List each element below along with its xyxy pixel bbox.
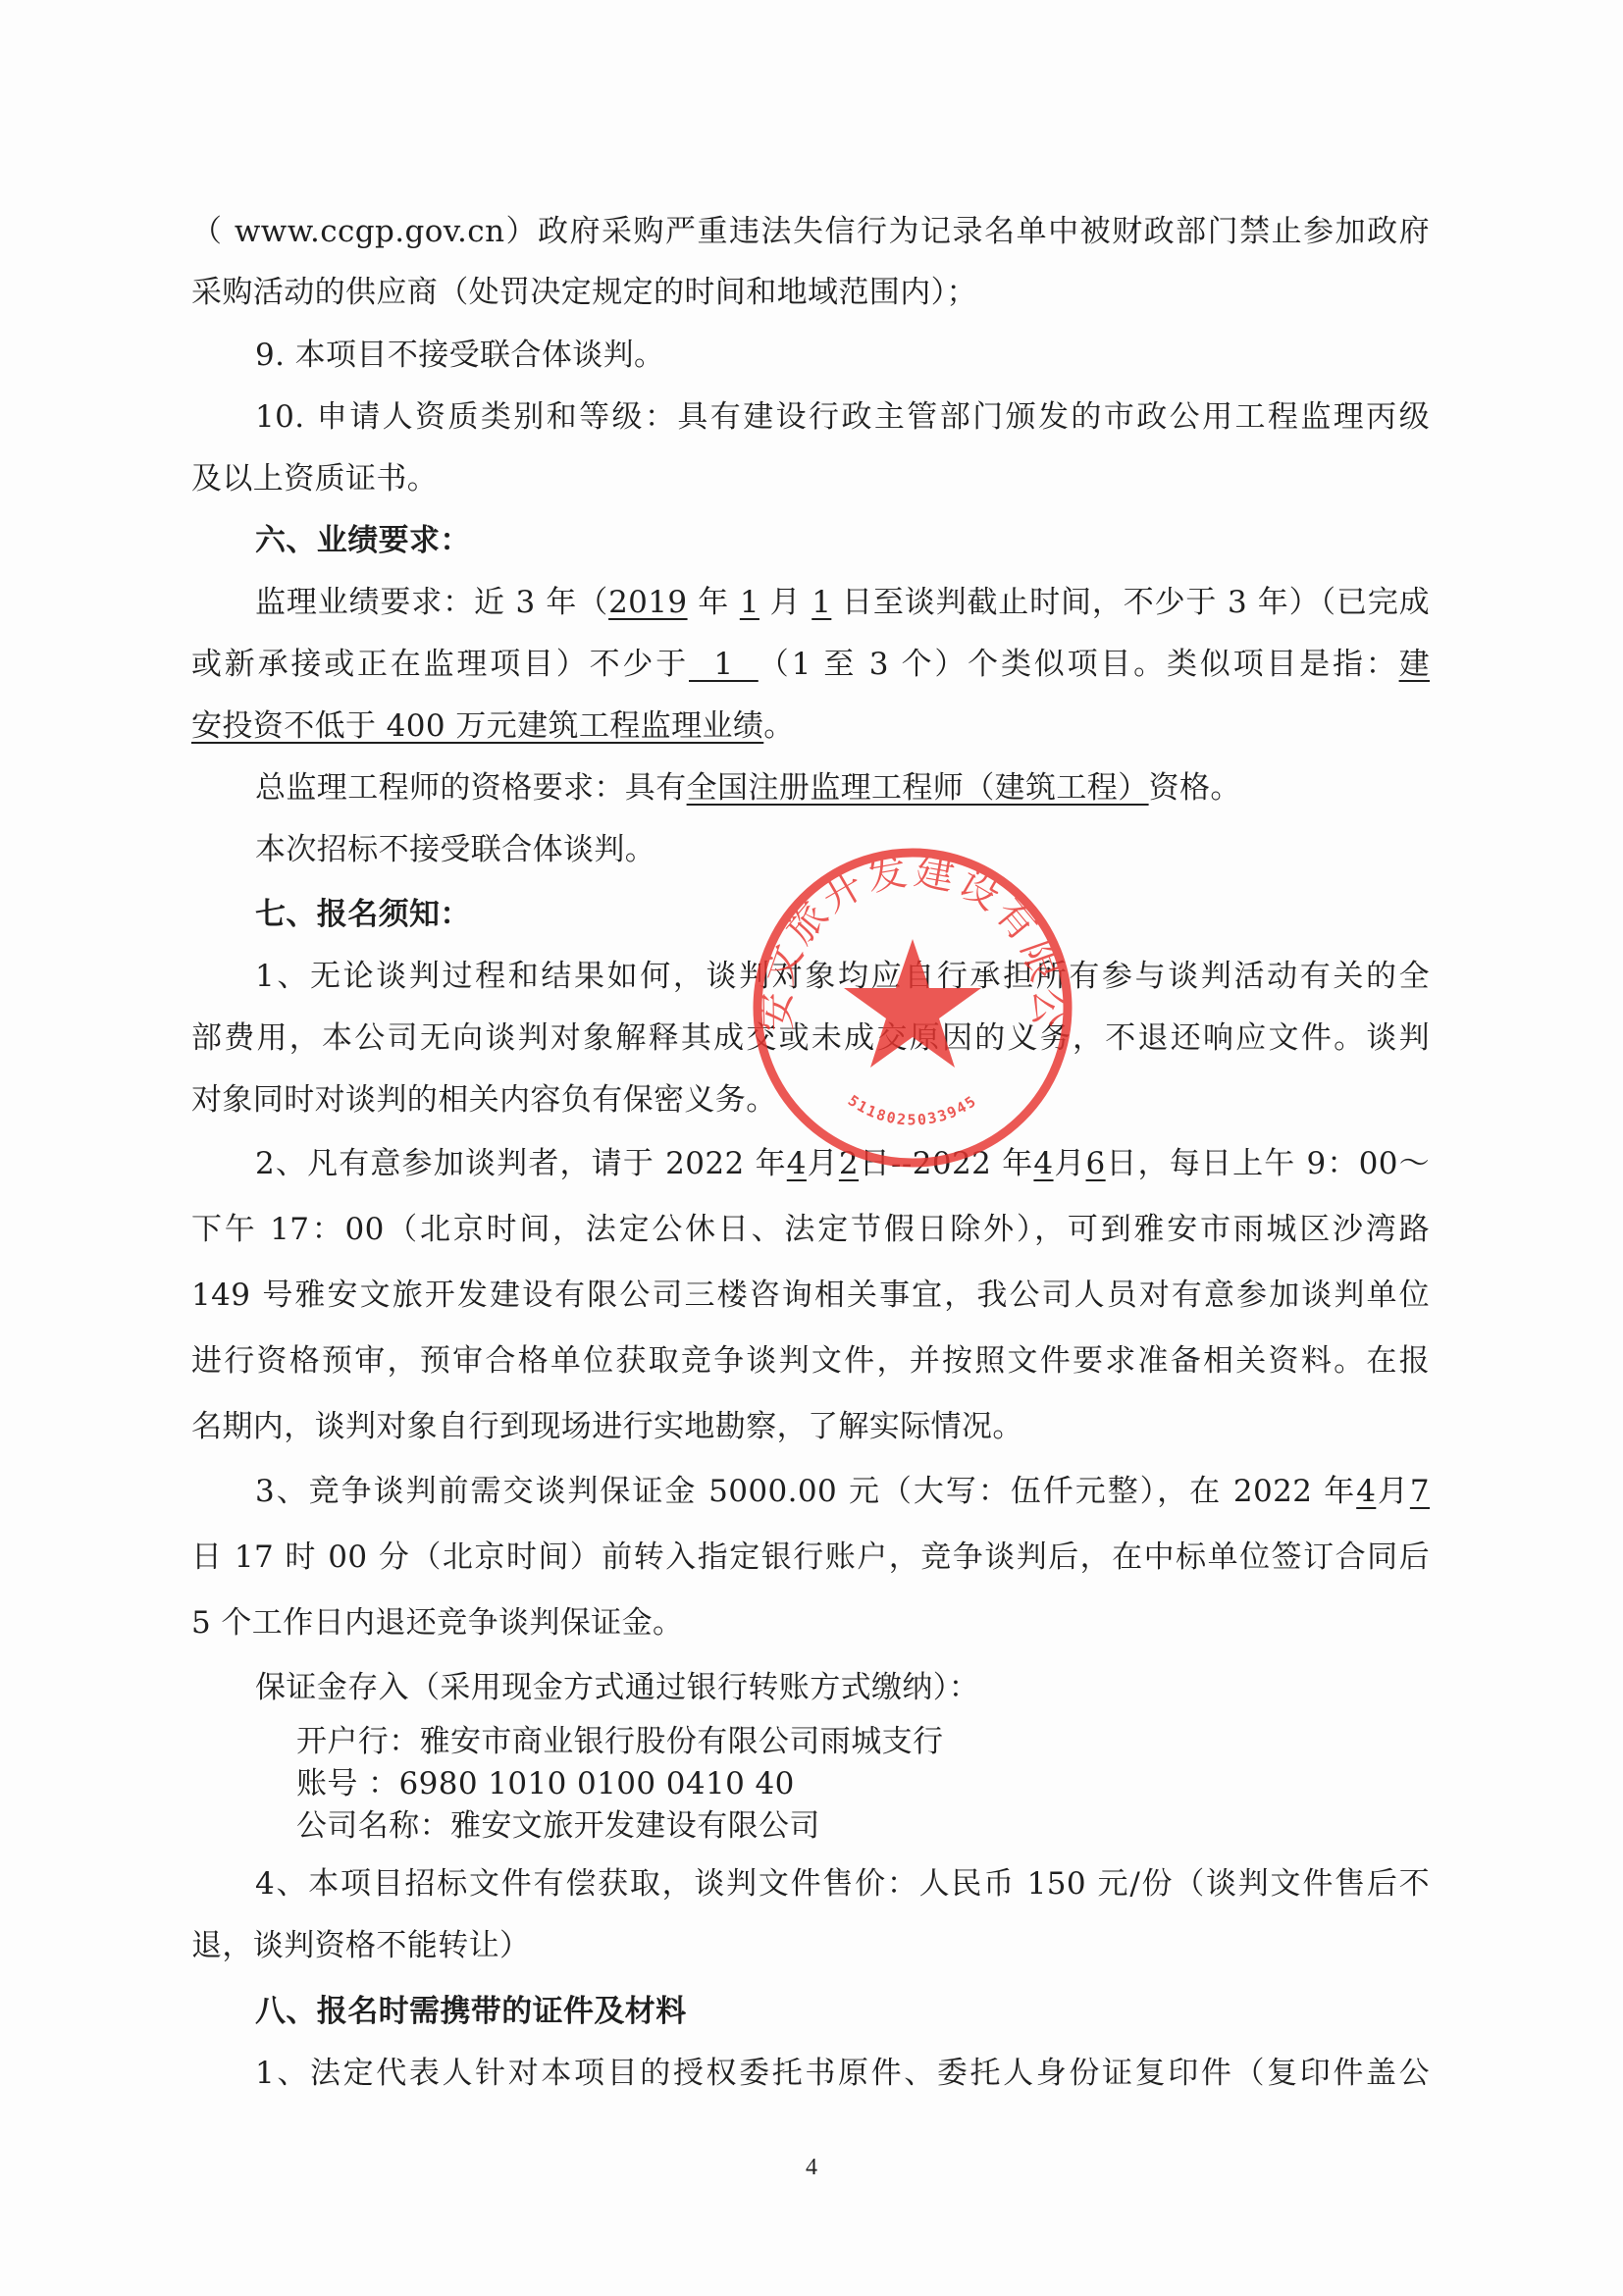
text-line-supplier-scope: 采购活动的供应商（处罚决定规定的时间和地域范围内）； (191, 273, 1430, 312)
text-item-9-no-consortium: 9. 本项目不接受联合体谈判。 (255, 336, 1430, 375)
section-heading-performance: 六、业绩要求： (255, 521, 1430, 560)
text-item-2-address: 下午 17：00（北京时间，法定公休日、法定节假日除外），可到雅安市雨城区沙湾路 (191, 1210, 1430, 1249)
underlined-investment-criteria: 安投资不低于 400 万元建筑工程监理业绩 (191, 708, 763, 744)
text-item-2-prequalification: 149 号雅安文旅开发建设有限公司三楼咨询相关事宜，我公司人员对有意参加谈判单位 (191, 1276, 1430, 1315)
page-number: 4 (0, 2155, 1623, 2181)
section-heading-materials: 八、报名时需携带的证件及材料 (255, 1992, 1430, 2031)
svg-text:雅安文旅开发建设有限公司: 雅安文旅开发建设有限公司 (751, 846, 1071, 1031)
text-deposit-bank: 开户行：雅安市商业银行股份有限公司雨城支行 (296, 1722, 1430, 1761)
text-item-10-qualification: 10. 申请人资质类别和等级：具有建设行政主管部门颁发的市政公用工程监理丙级 (255, 397, 1430, 437)
text-item-3-deposit: 3、竞争谈判前需交谈判保证金 5000.00 元（大写：伍仟元整），在 2022… (255, 1472, 1430, 1511)
text-item-3-refund: 5 个工作日内退还竞争谈判保证金。 (191, 1603, 1430, 1643)
text-chief-engineer-requirement: 总监理工程师的资格要求：具有全国注册监理工程师（建筑工程）资格。 (255, 768, 1430, 808)
underlined-engineer-cert: 全国注册监理工程师（建筑工程） (687, 770, 1149, 806)
text-item-1-confidentiality: 对象同时对谈判的相关内容负有保密义务。 (191, 1080, 1430, 1120)
section-heading-registration: 七、报名须知： (255, 895, 1430, 934)
text-item-4-document-fee: 4、本项目招标文件有偿获取，谈判文件售价：人民币 150 元/份（谈判文件售后不 (255, 1864, 1430, 1904)
text-no-consortium: 本次招标不接受联合体谈判。 (255, 830, 1430, 869)
text-line-procurement-blacklist: （ www.ccgp.gov.cn）政府采购严重违法失信行为记录名单中被财政部门… (191, 212, 1430, 251)
text-item-4-non-refundable: 退，谈判资格不能转让） (191, 1926, 1430, 1965)
underlined-project-count: 1 (689, 647, 759, 682)
text-deposit-company: 公司名称：雅安文旅开发建设有限公司 (296, 1806, 1430, 1846)
text-item-2-documents: 进行资格预审，预审合格单位获取竞争谈判文件，并按照文件要求准备相关资料。在报 (191, 1341, 1430, 1381)
document-page: （ www.ccgp.gov.cn）政府采购严重违法失信行为记录名单中被财政部门… (0, 0, 1623, 2296)
seal-company-name: 雅安文旅开发建设有限公司 (751, 846, 1071, 1031)
text-deposit-account: 账号 ：6980 1010 0100 0410 40 (296, 1764, 1430, 1803)
text-item-2-registration-dates: 2、凡有意参加谈判者，请于 2022 年4月2日--2022 年4月6日，每日上… (255, 1144, 1430, 1183)
text-similar-project-definition: 安投资不低于 400 万元建筑工程监理业绩。 (191, 706, 1430, 746)
underlined-day: 1 (811, 585, 831, 620)
text-item-1-costs: 1、无论谈判过程和结果如何，谈判对象均应自行承担所有参与谈判活动有关的全 (255, 957, 1430, 996)
text-similar-projects: 或新承接或正在监理项目）不少于 1 （1 至 3 个）个类似项目。类似项目是指：… (191, 645, 1430, 684)
underlined-year: 2019 (608, 585, 688, 620)
text-qualification-cont: 及以上资质证书。 (191, 459, 1430, 498)
text-materials-item-1: 1、法定代表人针对本项目的授权委托书原件、委托人身份证复印件（复印件盖公 (255, 2054, 1430, 2093)
text-item-2-site-visit: 名期内，谈判对象自行到现场进行实地勘察，了解实际情况。 (191, 1407, 1430, 1446)
text-item-1-costs-cont: 部费用，本公司无向谈判对象解释其成交或未成交原因的义务，不退还响应文件。谈判 (191, 1018, 1430, 1058)
text-performance-requirement: 监理业绩要求：近 3 年（2019 年 1 月 1 日至谈判截止时间，不少于 3… (255, 583, 1430, 622)
text-item-3-deadline: 日 17 时 00 分（北京时间）前转入指定银行账户，竞争谈判后，在中标单位签订… (191, 1538, 1430, 1577)
text-deposit-intro: 保证金存入（采用现金方式通过银行转账方式缴纳）： (255, 1668, 1430, 1707)
underlined-month: 1 (740, 585, 759, 620)
